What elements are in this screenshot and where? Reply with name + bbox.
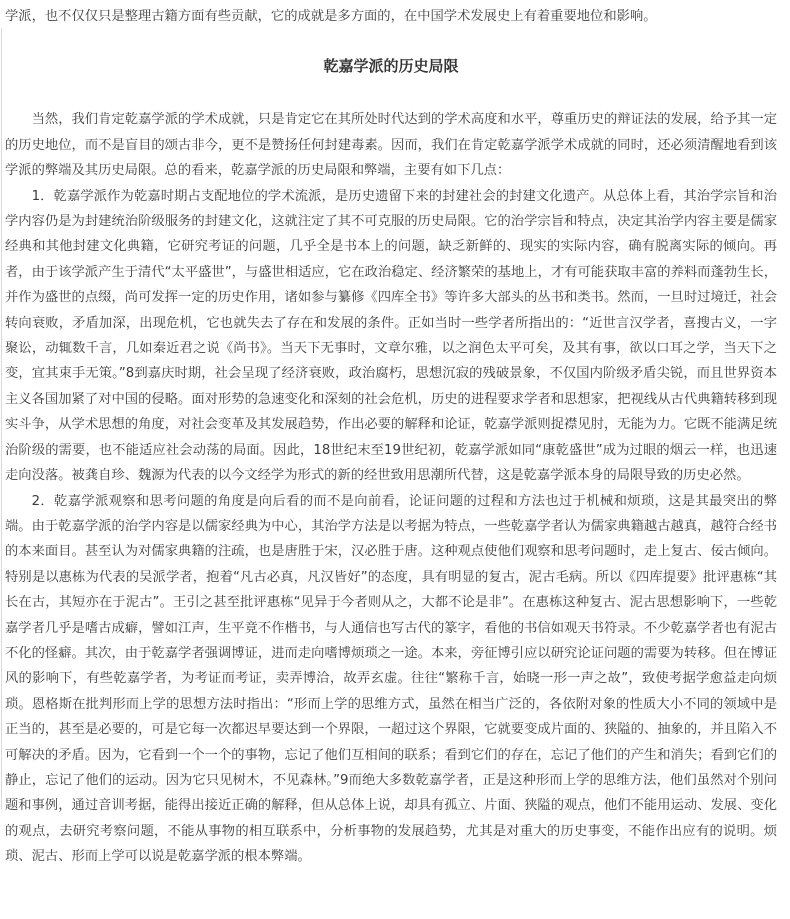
point-2-paragraph: 2．乾嘉学派观察和思考问题的角度是向后看的而不是向前看，论证问题的过程和方法也过… xyxy=(5,489,777,870)
document-page: 学派，也不仅仅只是整理古籍方面有些贡献，它的成就是多方面的，在中国学术发展史上有… xyxy=(0,0,790,919)
intro-paragraph: 当然，我们肯定乾嘉学派的学术成就，只是肯定它在其所处时代达到的学术高度和水平，尊… xyxy=(5,107,777,183)
section-heading: 乾嘉学派的历史局限 xyxy=(5,56,777,76)
leading-paragraph: 学派，也不仅仅只是整理古籍方面有些贡献，它的成就是多方面的，在中国学术发展史上有… xyxy=(5,4,777,29)
point-1-paragraph: 1．乾嘉学派作为乾嘉时期占支配地位的学术流派，是历史遗留下来的封建社会的封建文化… xyxy=(5,184,777,489)
left-border-line xyxy=(1,28,2,810)
